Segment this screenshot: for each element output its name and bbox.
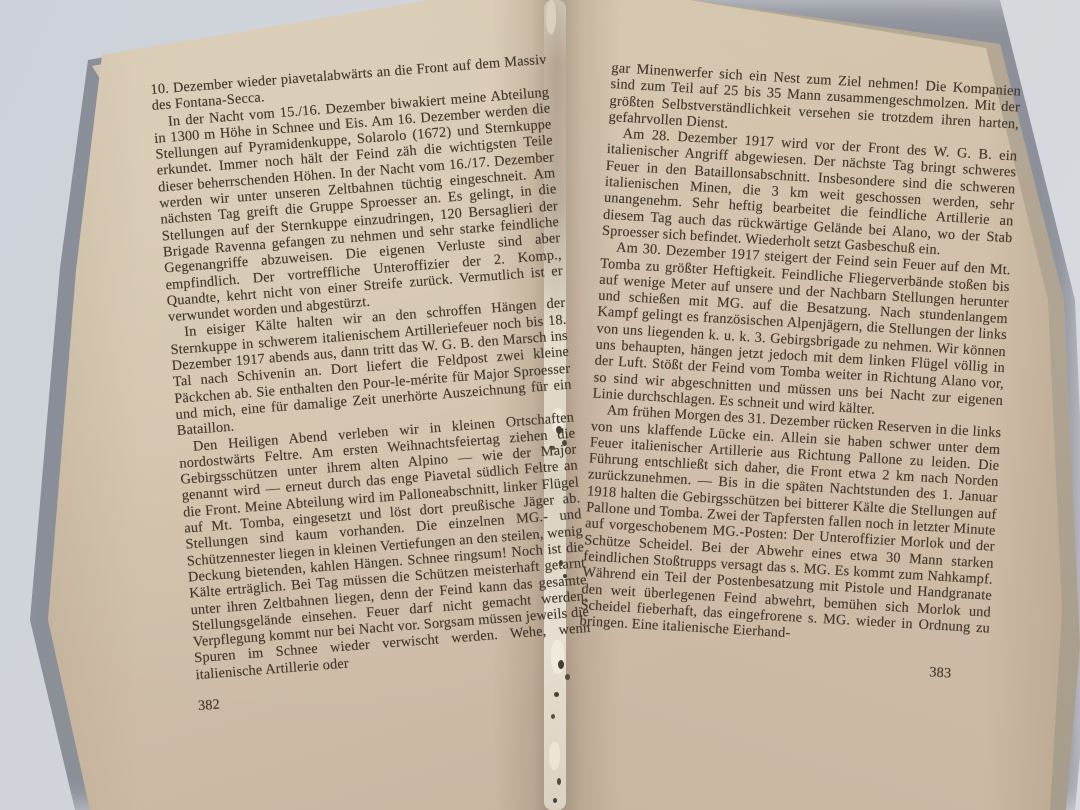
paragraph: Am frühen Morgen des 31. Dezember rücken…	[579, 402, 1001, 653]
paragraph: In der Nacht vom 15./16. Dezember biwaki…	[153, 84, 565, 326]
right-page-text: gar Minenwerfer sich ein Nest zum Ziel n…	[577, 60, 1021, 684]
damage-speck	[551, 714, 555, 719]
left-page-text: 10. Dezember wieder piavetalabwärts an d…	[150, 52, 594, 715]
damage-speck	[553, 798, 557, 803]
book-photo: 10. Dezember wieder piavetalabwärts an d…	[0, 0, 1080, 810]
paragraph: Den Heiligen Abend verleben wir in klein…	[178, 409, 593, 683]
binding-tear	[546, 0, 556, 34]
damage-speck	[554, 692, 559, 697]
binding-tear	[549, 742, 560, 770]
paragraph: Am 30. Dezember 1917 steigert der Feind …	[592, 239, 1011, 425]
damage-speck	[557, 778, 561, 785]
